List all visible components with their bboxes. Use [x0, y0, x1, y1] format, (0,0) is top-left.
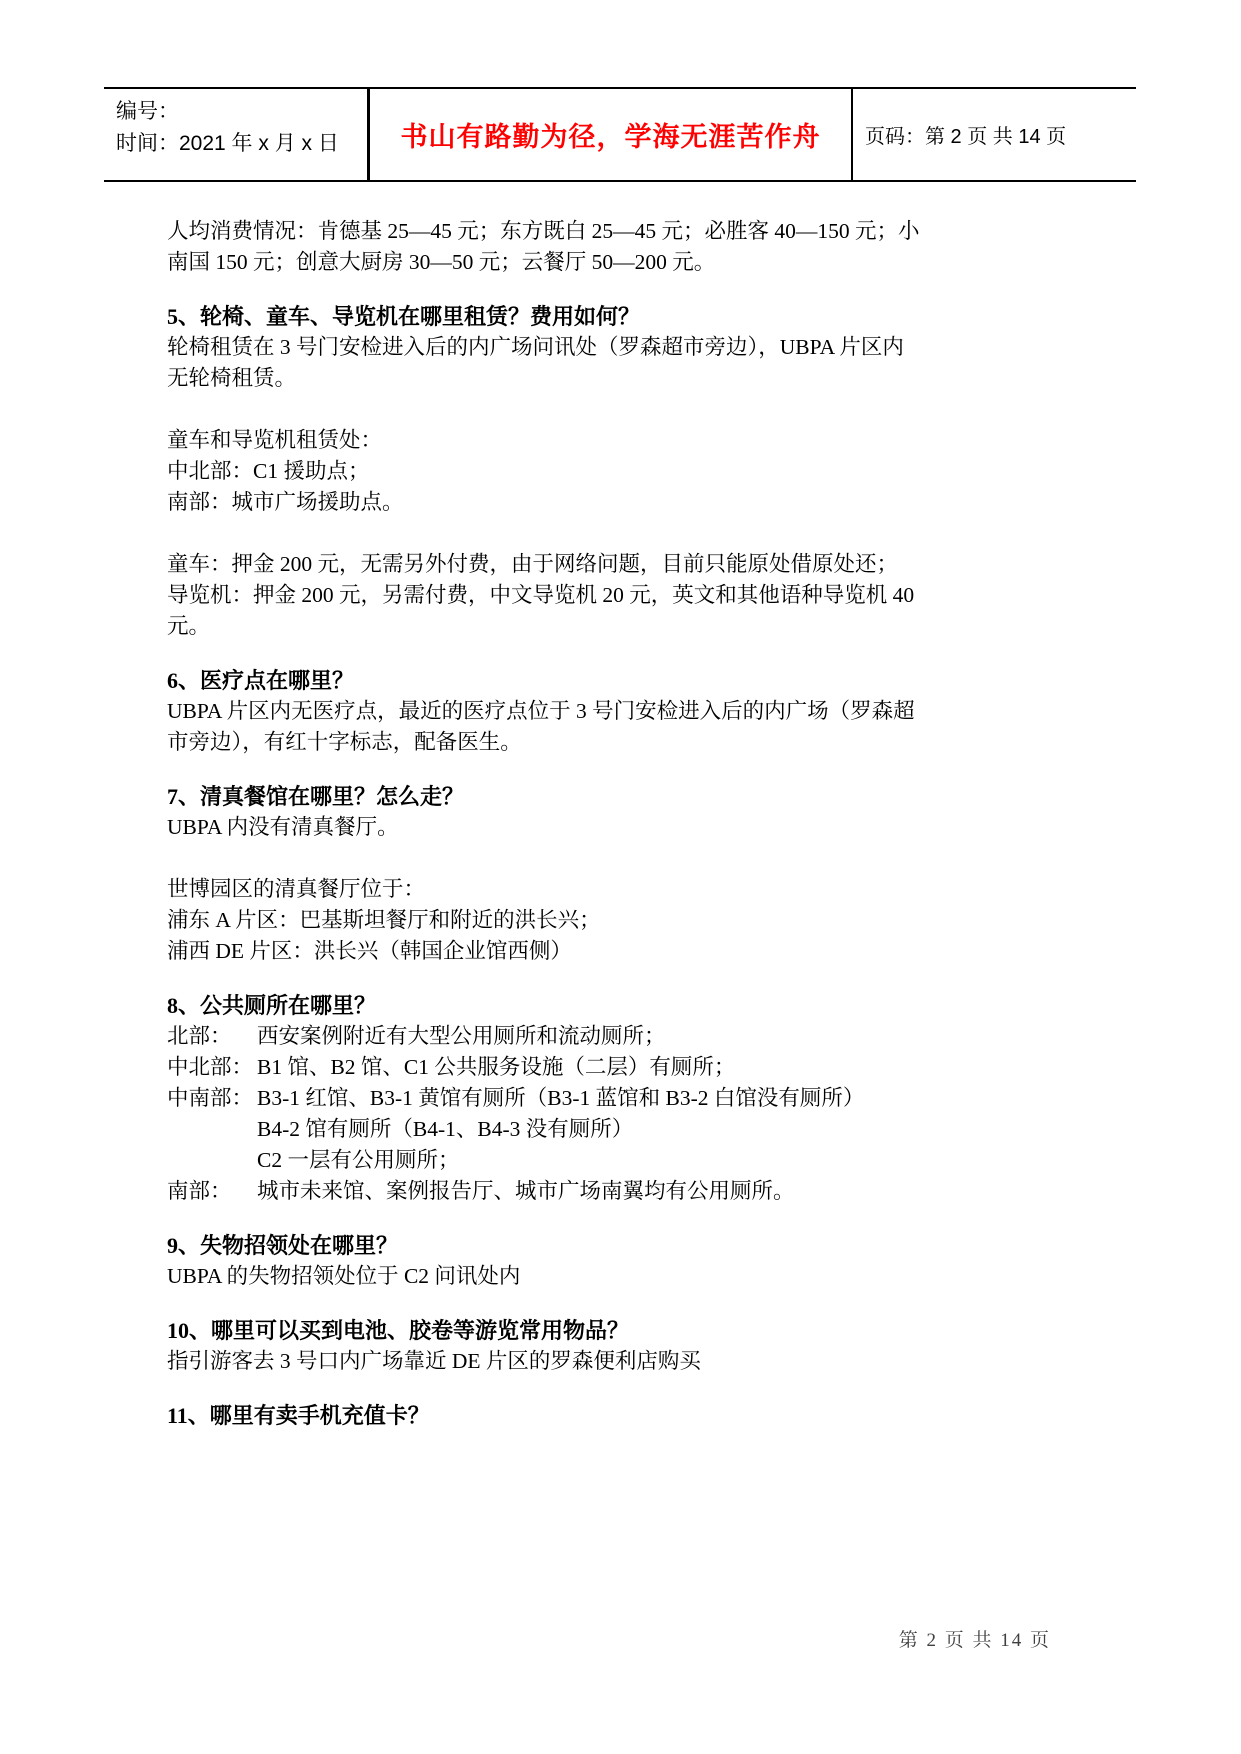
- header-slogan-cell: 书山有路勤为径，学海无涯苦作舟: [367, 89, 853, 180]
- text-line: 北部：西安案例附近有大型公用厕所和流动厕所；: [167, 1021, 1097, 1052]
- text-line: 中南部：B3-1 红馆、B3-1 黄馆有厕所（B3-1 蓝馆和 B3-2 白馆没…: [167, 1083, 1097, 1114]
- paragraph: 北部：西安案例附近有大型公用厕所和流动厕所；中北部：B1 馆、B2 馆、C1 公…: [167, 1021, 1097, 1207]
- text-line: 浦东 A 片区：巴基斯坦餐厅和附近的洪长兴；: [167, 905, 1097, 936]
- text-line: 童车：押金 200 元，无需另外付费，由于网络问题，目前只能原处借原处还；: [167, 549, 1097, 580]
- text-line: UBPA 片区内无医疗点，最近的医疗点位于 3 号门安检进入后的内广场（罗森超: [167, 696, 1097, 727]
- text-line: 市旁边），有红十字标志，配备医生。: [167, 727, 1097, 758]
- paragraph: UBPA 内没有清真餐厅。: [167, 812, 1097, 843]
- text-line: 南部：城市广场援助点。: [167, 487, 1097, 518]
- text-line: 元。: [167, 611, 1097, 642]
- question-heading: 5、轮椅、童车、导览机在哪里租赁？费用如何？: [167, 301, 1097, 332]
- line-text: 西安案例附近有大型公用厕所和流动厕所；: [257, 1024, 666, 1048]
- blank-line: [167, 518, 1097, 549]
- text-line: 无轮椅租赁。: [167, 363, 1097, 394]
- text-line: 指引游客去 3 号口内广场靠近 DE 片区的罗森便利店购买: [167, 1346, 1097, 1377]
- text-line: 童车和导览机租赁处：: [167, 425, 1097, 456]
- line-label: 北部：: [167, 1021, 257, 1052]
- line-text: B1 馆、B2 馆、C1 公共服务设施（二层）有厕所；: [257, 1055, 735, 1079]
- line-label: 中南部：: [167, 1083, 257, 1114]
- line-label: 中北部：: [167, 1052, 257, 1083]
- paragraph: 指引游客去 3 号口内广场靠近 DE 片区的罗森便利店购买: [167, 1346, 1097, 1377]
- header-table: 编号： 时间：2021 年 x 月 x 日 书山有路勤为径，学海无涯苦作舟 页码…: [104, 87, 1136, 182]
- paragraph: 人均消费情况：肯德基 25—45 元；东方既白 25—45 元；必胜客 40—1…: [167, 216, 1097, 278]
- header-slogan-text: 书山有路勤为径，学海无涯苦作舟: [401, 115, 821, 154]
- text-line: B4-2 馆有厕所（B4-1、B4-3 没有厕所）: [167, 1114, 1097, 1145]
- document-page: 编号： 时间：2021 年 x 月 x 日 书山有路勤为径，学海无涯苦作舟 页码…: [0, 0, 1241, 1754]
- header-page-cell: 页码：第 2 页 共 14 页: [853, 89, 1136, 180]
- text-line: 轮椅租赁在 3 号门安检进入后的内广场问讯处（罗森超市旁边），UBPA 片区内: [167, 332, 1097, 363]
- line-text: 城市未来馆、案例报告厅、城市广场南翼均有公用厕所。: [257, 1179, 795, 1203]
- text-line: 中北部：C1 援助点；: [167, 456, 1097, 487]
- line-text: B3-1 红馆、B3-1 黄馆有厕所（B3-1 蓝馆和 B3-2 白馆没有厕所）: [257, 1086, 864, 1110]
- footer-page-number-text: 第 2 页 共 14 页: [899, 1630, 1051, 1651]
- question-heading: 11、哪里有卖手机充值卡？: [167, 1400, 1097, 1431]
- paragraph: 世博园区的清真餐厅位于：浦东 A 片区：巴基斯坦餐厅和附近的洪长兴；浦西 DE …: [167, 874, 1097, 967]
- text-line: 导览机：押金 200 元，另需付费，中文导览机 20 元，英文和其他语种导览机 …: [167, 580, 1097, 611]
- text-line: C2 一层有公用厕所；: [167, 1145, 1097, 1176]
- page-footer: 第 2 页 共 14 页: [899, 1628, 1051, 1654]
- question-heading: 6、医疗点在哪里？: [167, 665, 1097, 696]
- text-line: 南部：城市未来馆、案例报告厅、城市广场南翼均有公用厕所。: [167, 1176, 1097, 1207]
- line-text: B4-2 馆有厕所（B4-1、B4-3 没有厕所）: [257, 1117, 633, 1141]
- text-line: UBPA 的失物招领处位于 C2 问讯处内: [167, 1261, 1097, 1292]
- question-heading: 9、失物招领处在哪里？: [167, 1230, 1097, 1261]
- question-heading: 8、公共厕所在哪里？: [167, 990, 1097, 1021]
- blank-line: [167, 843, 1097, 874]
- header-page-number-text: 页码：第 2 页 共 14 页: [865, 120, 1066, 149]
- text-line: 世博园区的清真餐厅位于：: [167, 874, 1097, 905]
- blank-line: [167, 394, 1097, 425]
- line-text: C2 一层有公用厕所；: [257, 1148, 459, 1172]
- text-line: 中北部：B1 馆、B2 馆、C1 公共服务设施（二层）有厕所；: [167, 1052, 1097, 1083]
- line-label: 南部：: [167, 1176, 257, 1207]
- text-line: 人均消费情况：肯德基 25—45 元；东方既白 25—45 元；必胜客 40—1…: [167, 216, 1097, 247]
- text-line: UBPA 内没有清真餐厅。: [167, 812, 1097, 843]
- text-line: 南国 150 元；创意大厨房 30—50 元；云餐厅 50—200 元。: [167, 247, 1097, 278]
- paragraph: UBPA 的失物招领处位于 C2 问讯处内: [167, 1261, 1097, 1292]
- text-line: 浦西 DE 片区：洪长兴（韩国企业馆西侧）: [167, 936, 1097, 967]
- paragraph: 轮椅租赁在 3 号门安检进入后的内广场问讯处（罗森超市旁边），UBPA 片区内无…: [167, 332, 1097, 394]
- paragraph: 童车和导览机租赁处：中北部：C1 援助点；南部：城市广场援助点。: [167, 425, 1097, 518]
- paragraph: 童车：押金 200 元，无需另外付费，由于网络问题，目前只能原处借原处还；导览机…: [167, 549, 1097, 642]
- paragraph: UBPA 片区内无医疗点，最近的医疗点位于 3 号门安检进入后的内广场（罗森超市…: [167, 696, 1097, 758]
- header-number-line: 编号：: [116, 96, 367, 128]
- header-date-line: 时间：2021 年 x 月 x 日: [116, 128, 367, 160]
- document-body: 人均消费情况：肯德基 25—45 元；东方既白 25—45 元；必胜客 40—1…: [167, 216, 1097, 1431]
- header-left-cell: 编号： 时间：2021 年 x 月 x 日: [104, 89, 367, 180]
- question-heading: 7、清真餐馆在哪里？怎么走？: [167, 781, 1097, 812]
- question-heading: 10、哪里可以买到电池、胶卷等游览常用物品？: [167, 1315, 1097, 1346]
